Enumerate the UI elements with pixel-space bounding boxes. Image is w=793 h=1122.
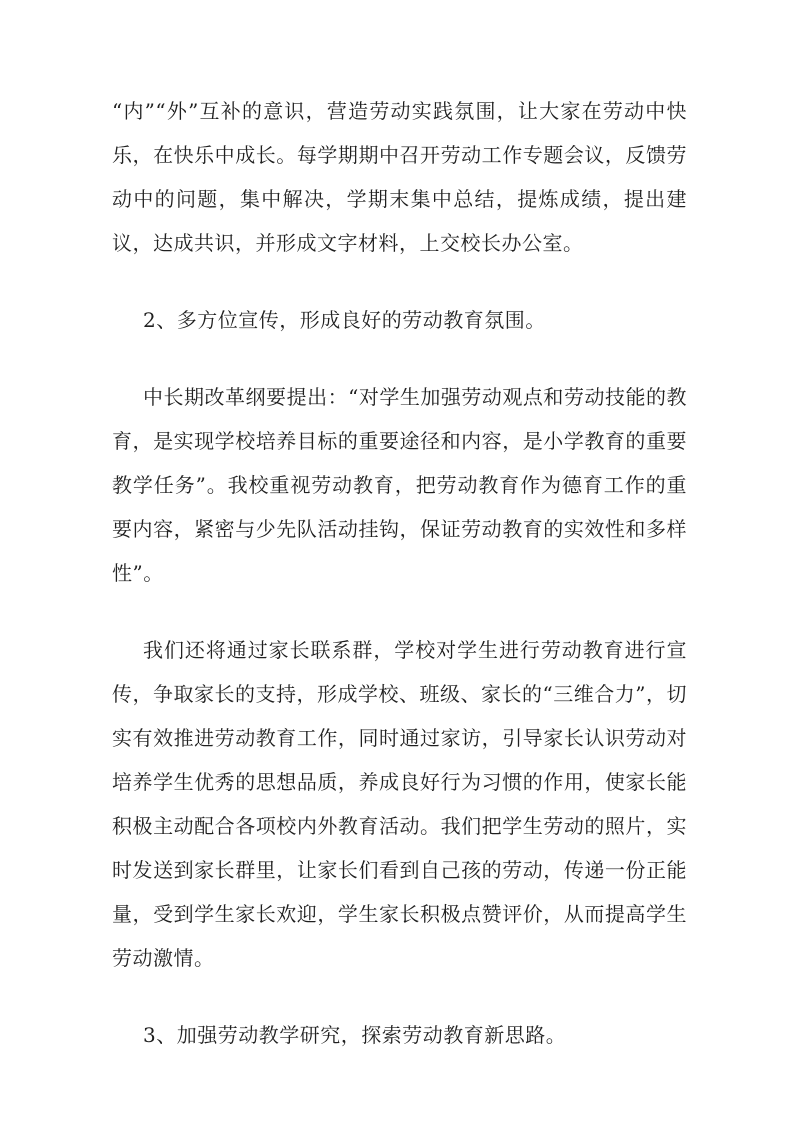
paragraph-body-reform-outline: 中长期改革纲要提出：“对学生加强劳动观点和劳动技能的教育，是实现学校培养目标的重… [112,375,687,595]
paragraph-heading-3: 3、加强劳动教学研究，探索劳动教育新思路。 [112,1013,687,1057]
paragraph-body-continuation: “内”“外”互补的意识，营造劳动实践氛围，让大家在劳动中快乐，在快乐中成长。每学… [112,89,687,265]
paragraph-body-parent-group: 我们还将通过家长联系群，学校对学生进行劳动教育进行宣传，争取家长的支持，形成学校… [112,628,687,980]
paragraph-heading-2: 2、多方位宣传，形成良好的劳动教育氛围。 [112,298,687,342]
document-page: “内”“外”互补的意识，营造劳动实践氛围，让大家在劳动中快乐，在快乐中成长。每学… [0,0,793,1122]
